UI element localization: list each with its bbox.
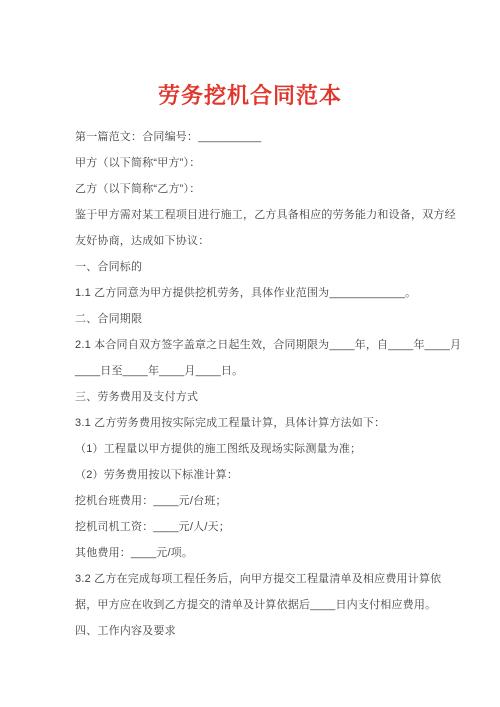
document-body: 第一篇范文：合同编号：__________ 甲方（以下简称“甲方”）： 乙方（以…: [0, 124, 500, 644]
document-line: 3.1 乙方劳务费用按实际完成工程量计算，具体计算方法如下：: [75, 410, 450, 436]
contract-document-page: 劳务挖机合同范本 第一篇范文：合同编号：__________ 甲方（以下简称“甲…: [0, 0, 500, 707]
document-line: 挖机司机工资：____元/人/天；: [75, 514, 450, 540]
document-line: 3.2 乙方在完成每项工程任务后，向甲方提交工程量清单及相应费用计算依: [75, 566, 450, 592]
document-line: 其他费用：____元/项。: [75, 540, 450, 566]
document-section-heading: 一、合同标的: [75, 254, 450, 280]
document-line: 第一篇范文：合同编号：__________: [75, 124, 450, 150]
document-line: 2.1 本合同自双方签字盖章之日起生效，合同期限为____年，自____年___…: [75, 332, 450, 358]
document-line: 甲方（以下简称“甲方”）：: [75, 150, 450, 176]
document-line: （2）劳务费用按以下标准计算：: [75, 462, 450, 488]
document-line: 鉴于甲方需对某工程项目进行施工，乙方具备相应的劳务能力和设备，双方经: [75, 202, 450, 228]
document-line: 据，甲方应在收到乙方提交的清单及计算依据后____日内支付相应费用。: [75, 592, 450, 618]
document-line: 1.1 乙方同意为甲方提供挖机劳务，具体作业范围为____________。: [75, 280, 450, 306]
document-line: 乙方（以下简称“乙方”）：: [75, 176, 450, 202]
document-line: （1）工程量以甲方提供的施工图纸及现场实际测量为准；: [75, 436, 450, 462]
document-section-heading: 四、工作内容及要求: [75, 618, 450, 644]
document-title: 劳务挖机合同范本: [0, 83, 500, 109]
document-line: 挖机台班费用：____元/台班；: [75, 488, 450, 514]
document-section-heading: 二、合同期限: [75, 306, 450, 332]
document-line: 友好协商，达成如下协议：: [75, 228, 450, 254]
document-line: ____日至____年____月____日。: [75, 358, 450, 384]
document-section-heading: 三、劳务费用及支付方式: [75, 384, 450, 410]
